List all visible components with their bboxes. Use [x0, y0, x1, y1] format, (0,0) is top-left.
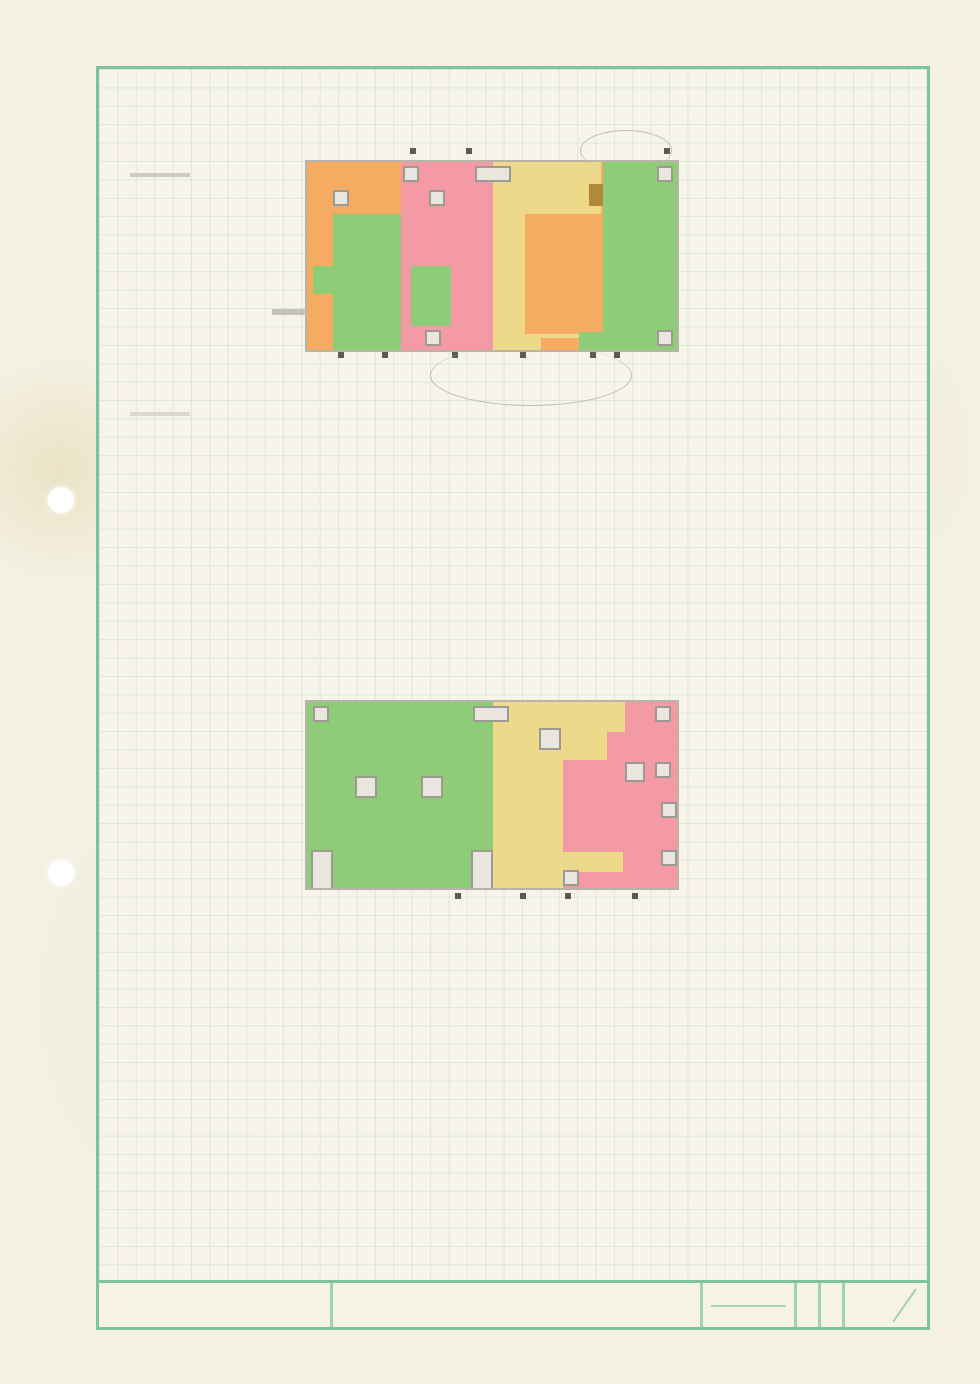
room-orange-right	[525, 214, 615, 334]
window-icon	[313, 706, 329, 722]
dimension-mark	[614, 352, 620, 358]
window-icon	[563, 870, 579, 886]
window-icon	[539, 728, 561, 750]
pencil-note	[272, 309, 306, 315]
title-block-cell	[821, 1283, 845, 1327]
window-icon	[311, 850, 333, 890]
window-icon	[425, 330, 441, 346]
window-icon	[661, 802, 677, 818]
window-icon	[661, 850, 677, 866]
window-icon	[475, 166, 511, 182]
window-icon	[471, 850, 493, 890]
window-icon	[403, 166, 419, 182]
window-icon	[421, 776, 443, 798]
punch-hole	[48, 860, 74, 886]
floor-plan-bottom	[305, 700, 679, 890]
pencil-arc	[430, 345, 632, 406]
pencil-note	[130, 173, 190, 177]
title-block-cell	[797, 1283, 821, 1327]
title-block-cell	[99, 1283, 333, 1327]
dimension-mark	[466, 148, 472, 154]
dimension-mark	[455, 893, 461, 899]
window-icon	[657, 330, 673, 346]
dimension-mark	[520, 893, 526, 899]
title-block	[96, 1280, 930, 1330]
window-icon	[657, 166, 673, 182]
window-icon	[333, 190, 349, 206]
window-icon	[473, 706, 509, 722]
dimension-mark	[632, 893, 638, 899]
title-block-cell	[333, 1283, 703, 1327]
title-block-cell	[703, 1283, 797, 1327]
pencil-note	[130, 412, 190, 416]
room-green-right	[603, 162, 679, 352]
dimension-mark	[565, 893, 571, 899]
window-icon	[625, 762, 645, 782]
dimension-mark	[382, 352, 388, 358]
window-icon	[655, 762, 671, 778]
window-icon	[355, 776, 377, 798]
floor-plan-top	[305, 160, 679, 352]
punch-hole	[48, 487, 74, 513]
window-icon	[429, 190, 445, 206]
dimension-mark	[338, 352, 344, 358]
dimension-mark	[410, 148, 416, 154]
window-icon	[655, 706, 671, 722]
pencil-arc	[580, 130, 672, 171]
title-block-cell	[845, 1283, 927, 1327]
